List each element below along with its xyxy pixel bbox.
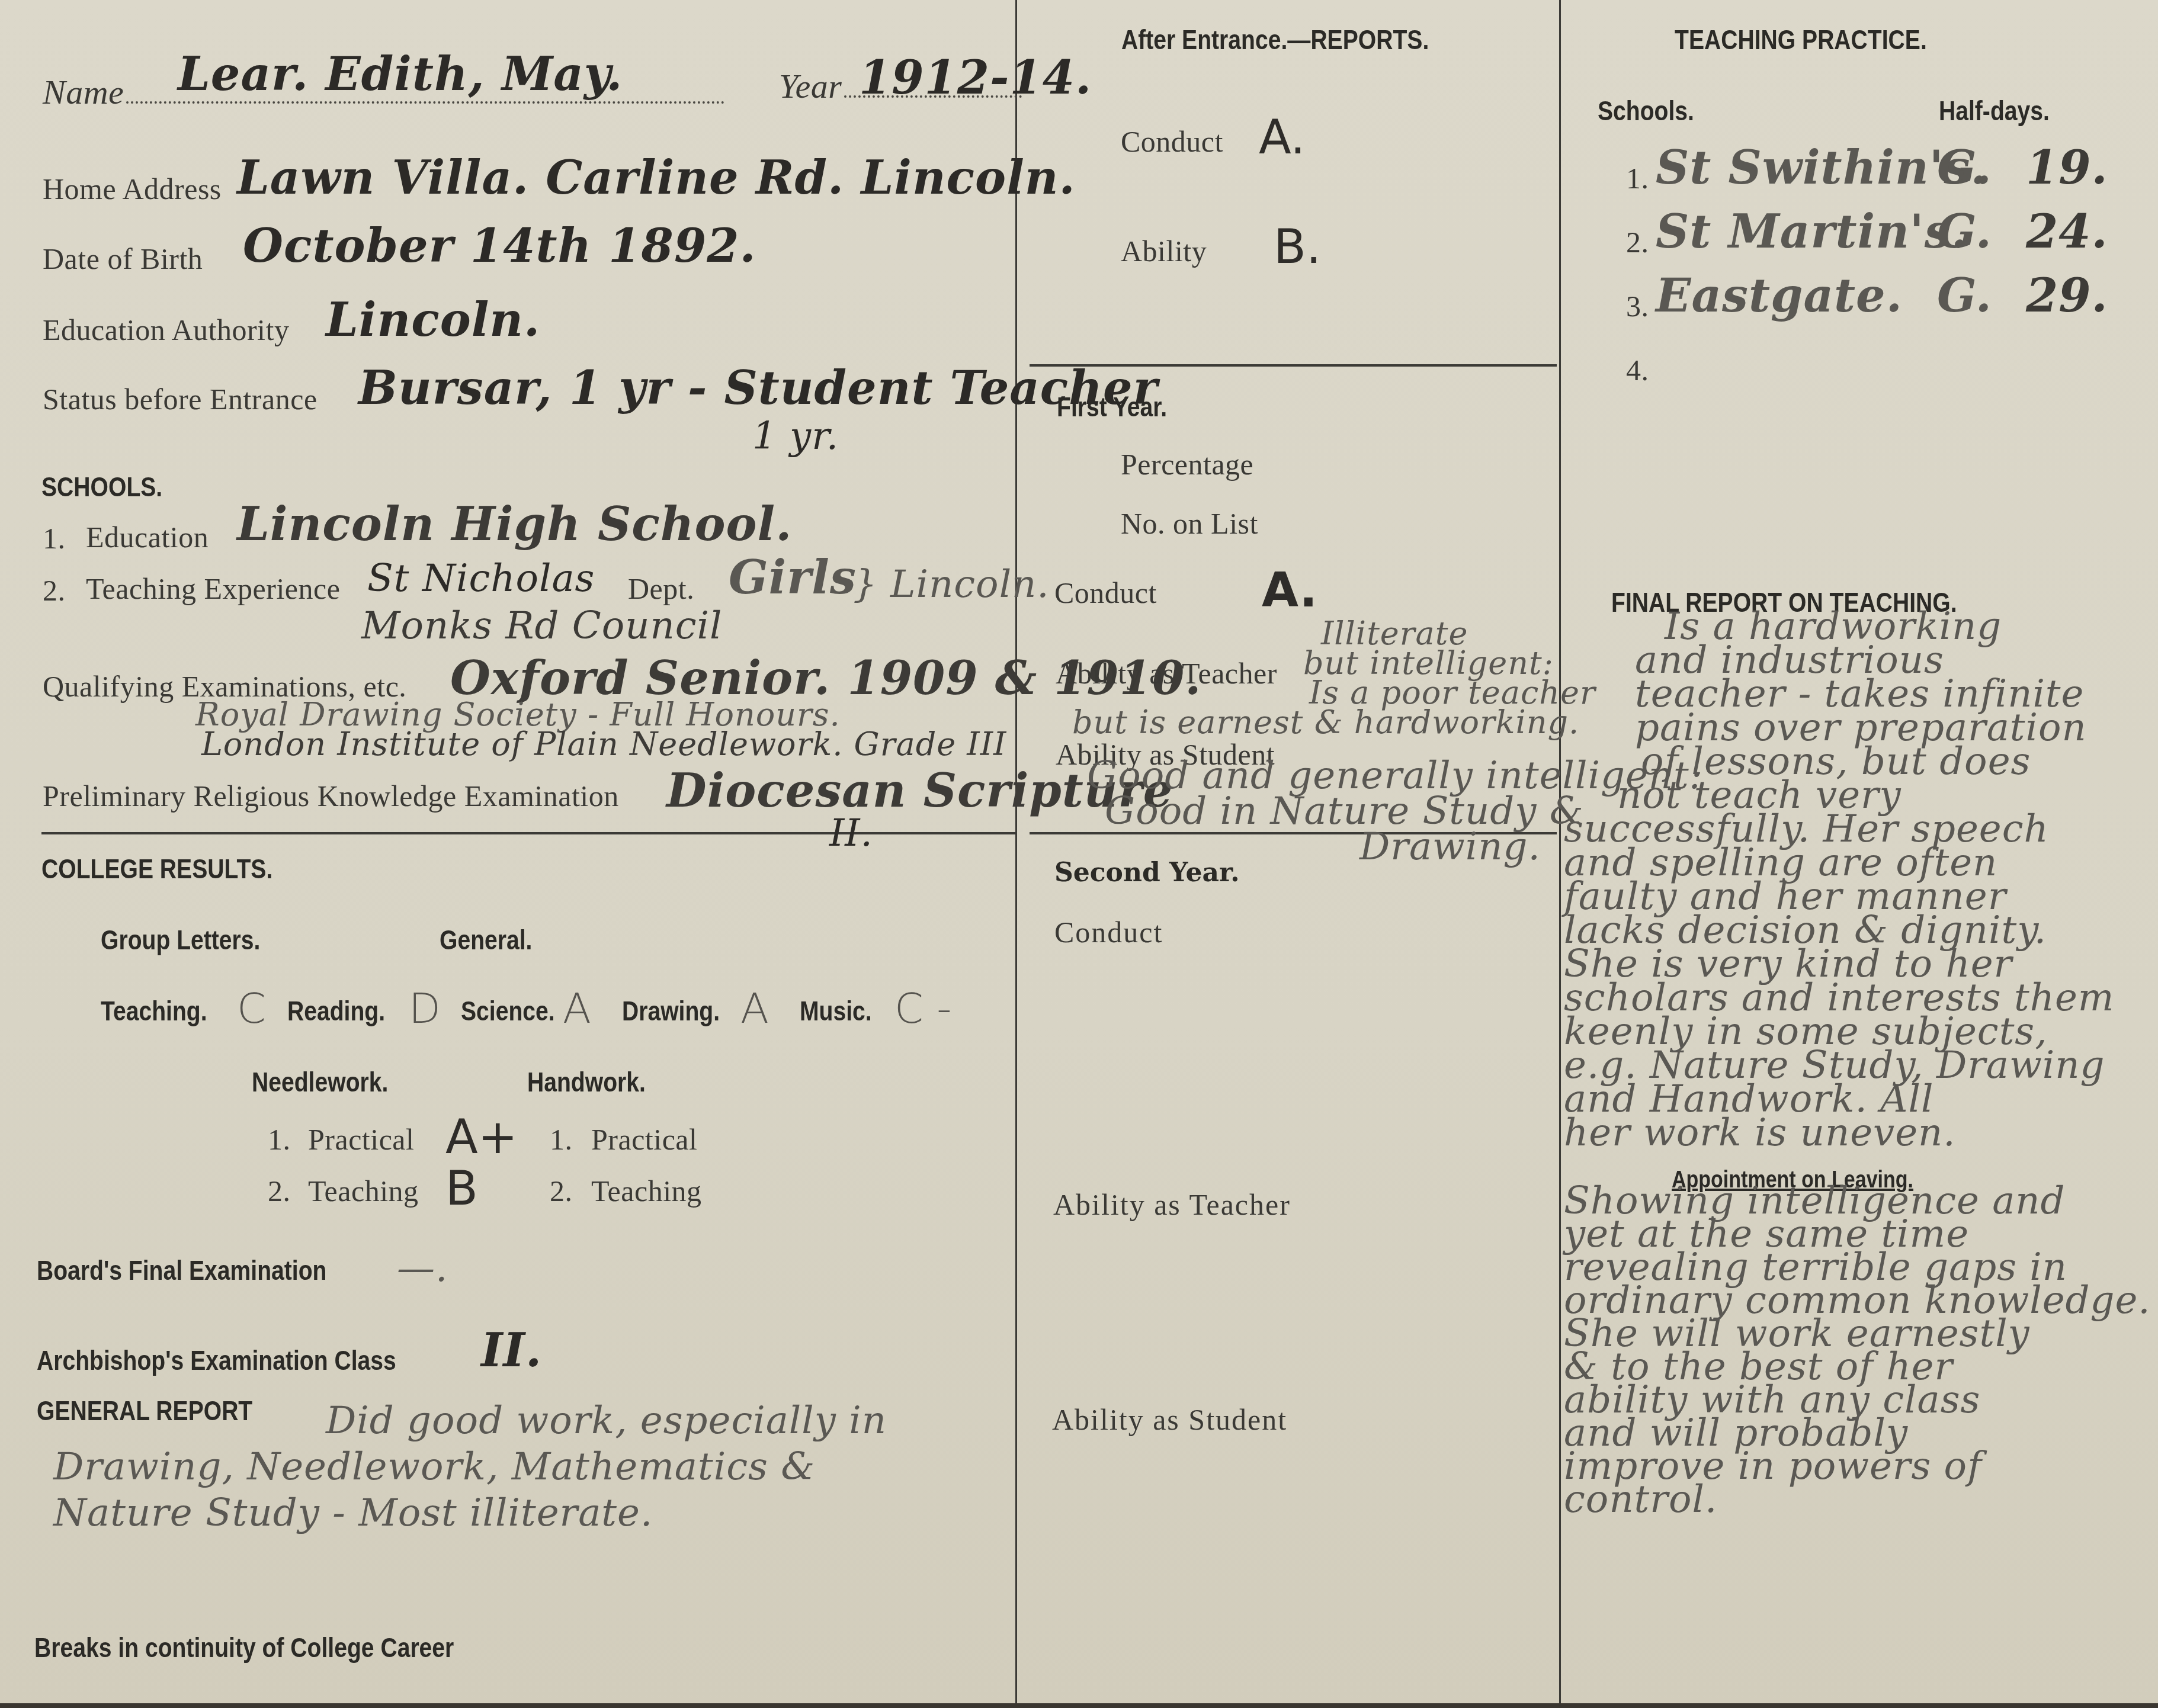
status-value-line1: Bursar, 1 yr - Student Teacher	[358, 361, 1158, 415]
subject-label: Drawing.	[622, 995, 720, 1027]
fy-conduct-value: A.	[1262, 563, 1317, 618]
divider-left-middle	[1015, 0, 1017, 1708]
subject-grade: C -	[894, 984, 951, 1033]
subject-label: Reading.	[287, 995, 385, 1027]
status-value-line2: 1 yr.	[752, 415, 839, 458]
dept-value: Girls	[729, 551, 857, 605]
schools-education-num: 1.	[43, 521, 66, 556]
practice-halfdays: 19.	[2026, 141, 2108, 195]
dept-place: } Lincoln.	[853, 563, 1050, 606]
handwork-label: Practical	[591, 1122, 697, 1157]
first-year-heading: First Year.	[1057, 391, 1167, 423]
schools-teaching-num: 2.	[43, 573, 66, 608]
education-authority-value: Lincoln.	[326, 293, 540, 347]
entrance-ability-label: Ability	[1121, 234, 1207, 268]
subject-grade: C	[237, 984, 266, 1033]
boards-final-label: Board's Final Examination	[37, 1254, 326, 1286]
group-letters-label: Group Letters.	[101, 924, 260, 956]
fy-teacher-remarks: Illiteratebut intelligent:Is a poor teac…	[1303, 619, 1596, 737]
practice-halfdays: 24.	[2026, 205, 2108, 259]
subject-label: Teaching.	[101, 995, 207, 1027]
home-address-value: Lawn Villa. Carline Rd. Lincoln.	[237, 151, 1076, 205]
breaks-label: Breaks in continuity of College Career	[34, 1632, 454, 1664]
schools-heading: SCHOOLS.	[41, 471, 162, 503]
schools-teaching-value-2: Monks Rd Council	[361, 604, 722, 648]
schools-teaching-label: Teaching Experience	[86, 572, 340, 606]
practice-dept: G.	[1937, 269, 1992, 323]
no-on-list-label: No. on List	[1121, 506, 1258, 541]
practice-num: 4.	[1626, 353, 1649, 387]
dob-value: October 14th 1892.	[243, 219, 756, 273]
handwork-num: 2.	[550, 1174, 573, 1208]
entrance-conduct-value: A.	[1259, 110, 1306, 165]
college-results-heading: COLLEGE RESULTS.	[41, 853, 272, 885]
record-card: Name Lear. Edith, May. Year 1912-14. Hom…	[0, 0, 2158, 1708]
prelim-religious-class: II.	[829, 811, 873, 855]
needlework-label: Teaching	[308, 1174, 419, 1208]
practice-dept: G.	[1937, 205, 1992, 259]
archbishop-label: Archbishop's Examination Class	[37, 1344, 396, 1376]
dept-label: Dept.	[628, 572, 694, 606]
needlework-grade: B	[445, 1161, 478, 1216]
dob-label: Date of Birth	[43, 242, 203, 276]
schools-education-label: Education	[86, 520, 209, 554]
halfdays-col-label: Half-days.	[1939, 95, 2050, 127]
final-report-line: her work is uneven.	[1564, 1116, 2115, 1150]
sy-conduct-label: Conduct	[1054, 915, 1163, 949]
year-value: 1912-14.	[859, 51, 1092, 105]
subject-label: Music.	[800, 995, 872, 1027]
appointment-text: Showing intelligence andyet at the same …	[1564, 1184, 2151, 1516]
practice-num: 3.	[1626, 289, 1649, 323]
sy-student-label: Ability as Student	[1052, 1402, 1287, 1437]
handwork-label: Teaching	[591, 1174, 702, 1208]
needlework-num: 1.	[268, 1122, 291, 1157]
schools-education-value: Lincoln High School.	[237, 497, 792, 551]
prelim-religious-label: Preliminary Religious Knowledge Examinat…	[43, 779, 619, 813]
general-label: General.	[440, 924, 532, 956]
fy-teacher-remark-line: but is earnest & hardworking.	[1072, 708, 1596, 737]
final-report-text: Is a hardworkingand industriousteacher -…	[1564, 610, 2115, 1150]
schools-teaching-value-1: St Nicholas	[367, 557, 595, 601]
reports-heading: After Entrance.—REPORTS.	[1121, 24, 1429, 56]
education-authority-label: Education Authority	[43, 313, 289, 347]
general-report-line: Nature Study - Most illiterate.	[53, 1490, 887, 1536]
handwork-num: 1.	[550, 1122, 573, 1157]
home-address-label: Home Address	[43, 172, 222, 206]
practice-halfdays: 29.	[2026, 269, 2108, 323]
qualifying-value-3: London Institute of Plain Needlework. Gr…	[201, 725, 1006, 763]
needlework-label: Needlework.	[252, 1066, 388, 1098]
percentage-label: Percentage	[1121, 447, 1253, 481]
entrance-ability-value: B.	[1274, 219, 1321, 274]
general-report-text: Did good work, especially inDrawing, Nee…	[53, 1398, 887, 1536]
fy-conduct-label: Conduct	[1054, 576, 1157, 610]
practice-num: 1.	[1626, 161, 1649, 195]
entrance-conduct-label: Conduct	[1121, 124, 1223, 159]
boards-final-value: —.	[397, 1247, 448, 1290]
needlework-grade: A+	[445, 1109, 518, 1164]
practice-dept: G.	[1937, 141, 1992, 195]
page-bottom-edge	[0, 1703, 2158, 1708]
subject-grade: A	[740, 984, 769, 1033]
practice-school: Eastgate.	[1656, 269, 1903, 323]
status-label: Status before Entrance	[43, 382, 318, 416]
general-report-line: Did good work, especially in	[326, 1398, 887, 1444]
name-value: Lear. Edith, May.	[178, 47, 623, 101]
practice-school: St Martin's.	[1656, 205, 1968, 259]
subject-grade: D	[409, 984, 441, 1033]
needlework-label: Practical	[308, 1122, 414, 1157]
second-year-heading: Second Year.	[1054, 858, 1240, 888]
handwork-label: Handwork.	[527, 1066, 646, 1098]
general-report-line: Drawing, Needlework, Mathematics &	[53, 1444, 887, 1490]
fy-teacher-label: Ability as Teacher	[1056, 656, 1277, 691]
teaching-practice-heading: TEACHING PRACTICE.	[1675, 24, 1927, 56]
schools-col-label: Schools.	[1598, 95, 1694, 127]
needlework-num: 2.	[268, 1174, 291, 1208]
archbishop-value: II.	[481, 1324, 542, 1378]
sy-teacher-label: Ability as Teacher	[1053, 1187, 1291, 1222]
practice-num: 2.	[1626, 225, 1649, 259]
subject-label: Science.	[461, 995, 555, 1027]
subject-grade: A	[563, 984, 591, 1033]
